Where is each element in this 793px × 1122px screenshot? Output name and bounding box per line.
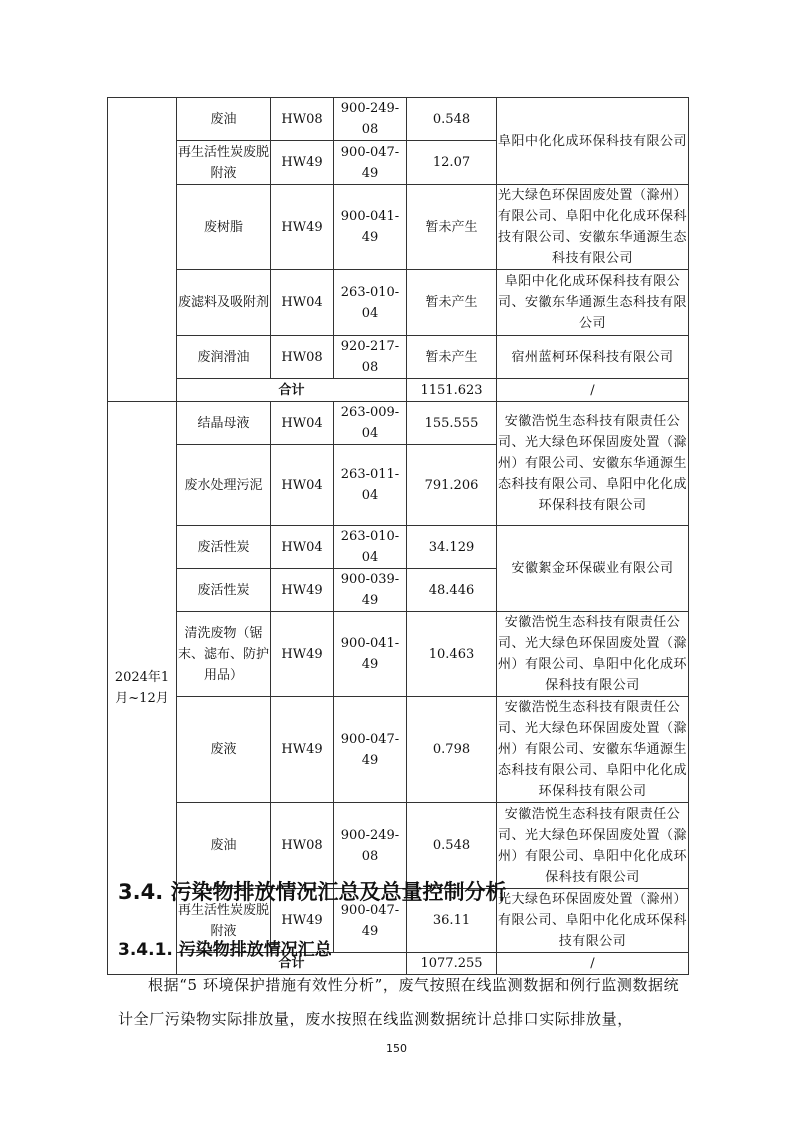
total-amount: 1151.623 bbox=[407, 379, 497, 402]
table-row: 废活性炭 HW04 263-010-04 34.129 安徽絮金环保碳业有限公司 bbox=[108, 526, 689, 569]
waste-name: 废滤料及吸附剂 bbox=[177, 270, 271, 336]
waste-amount: 0.548 bbox=[407, 98, 497, 141]
waste-code: 900-249-08 bbox=[334, 98, 407, 141]
waste-amount: 791.206 bbox=[407, 445, 497, 526]
waste-amount: 暂未产生 bbox=[407, 270, 497, 336]
waste-code: 900-039-49 bbox=[334, 569, 407, 612]
waste-category: HW49 bbox=[271, 612, 334, 697]
waste-code: 900-041-49 bbox=[334, 612, 407, 697]
waste-amount: 12.07 bbox=[407, 141, 497, 185]
waste-amount: 34.129 bbox=[407, 526, 497, 569]
waste-category: HW08 bbox=[271, 336, 334, 379]
waste-category: HW49 bbox=[271, 697, 334, 803]
waste-name: 废树脂 bbox=[177, 185, 271, 270]
waste-category: HW04 bbox=[271, 526, 334, 569]
table-row: 2024年1月~12月 结晶母液 HW04 263-009-04 155.555… bbox=[108, 402, 689, 445]
waste-code: 900-041-49 bbox=[334, 185, 407, 270]
waste-category: HW04 bbox=[271, 445, 334, 526]
waste-category: HW04 bbox=[271, 270, 334, 336]
disposal-company: 安徽浩悦生态科技有限责任公司、光大绿色环保固废处置（滁州）有限公司、安徽东华通源… bbox=[497, 402, 689, 526]
table-row: 废润滑油 HW08 920-217-08 暂未产生 宿州蓝柯环保科技有限公司 bbox=[108, 336, 689, 379]
disposal-company: 阜阳中化化成环保科技有限公司 bbox=[497, 98, 689, 185]
waste-category: HW49 bbox=[271, 141, 334, 185]
waste-name: 结晶母液 bbox=[177, 402, 271, 445]
waste-amount: 暂未产生 bbox=[407, 185, 497, 270]
waste-code: 900-047-49 bbox=[334, 141, 407, 185]
table-row: 清洗废物（锯末、滤布、防护用品） HW49 900-041-49 10.463 … bbox=[108, 612, 689, 697]
waste-code: 263-009-04 bbox=[334, 402, 407, 445]
waste-code: 263-011-04 bbox=[334, 445, 407, 526]
waste-name: 清洗废物（锯末、滤布、防护用品） bbox=[177, 612, 271, 697]
subsection-heading: 3.4.1. 污染物排放情况汇总 bbox=[118, 935, 332, 960]
page-number: 150 bbox=[0, 1042, 793, 1055]
disposal-company: 光大绿色环保固废处置（滁州）有限公司、阜阳中化化成环保科技有限公司、安徽东华通源… bbox=[497, 185, 689, 270]
total-row: 合计 1151.623 / bbox=[108, 379, 689, 402]
waste-name: 废油 bbox=[177, 98, 271, 141]
waste-amount: 暂未产生 bbox=[407, 336, 497, 379]
disposal-company: 宿州蓝柯环保科技有限公司 bbox=[497, 336, 689, 379]
waste-name: 废活性炭 bbox=[177, 569, 271, 612]
waste-category: HW49 bbox=[271, 185, 334, 270]
waste-category: HW04 bbox=[271, 402, 334, 445]
period-cell bbox=[108, 98, 177, 402]
disposal-company: 安徽絮金环保碳业有限公司 bbox=[497, 526, 689, 612]
disposal-company: 安徽浩悦生态科技有限责任公司、光大绿色环保固废处置（滁州）有限公司、阜阳中化化成… bbox=[497, 803, 689, 889]
waste-amount: 48.446 bbox=[407, 569, 497, 612]
disposal-company: 阜阳中化化成环保科技有限公司、安徽东华通源生态科技有限公司 bbox=[497, 270, 689, 336]
waste-amount: 155.555 bbox=[407, 402, 497, 445]
total-label: 合计 bbox=[177, 379, 407, 402]
hazardous-waste-table: 废油 HW08 900-249-08 0.548 阜阳中化化成环保科技有限公司 … bbox=[107, 97, 689, 975]
waste-category: HW49 bbox=[271, 569, 334, 612]
waste-code: 920-217-08 bbox=[334, 336, 407, 379]
waste-amount: 0.798 bbox=[407, 697, 497, 803]
disposal-company: 安徽浩悦生态科技有限责任公司、光大绿色环保固废处置（滁州）有限公司、安徽东华通源… bbox=[497, 697, 689, 803]
waste-name: 再生活性炭废脱附液 bbox=[177, 141, 271, 185]
waste-code: 900-047-49 bbox=[334, 697, 407, 803]
disposal-company: 安徽浩悦生态科技有限责任公司、光大绿色环保固废处置（滁州）有限公司、阜阳中化化成… bbox=[497, 612, 689, 697]
waste-name: 废水处理污泥 bbox=[177, 445, 271, 526]
table-row: 废油 HW08 900-249-08 0.548 阜阳中化化成环保科技有限公司 bbox=[108, 98, 689, 141]
waste-amount: 10.463 bbox=[407, 612, 497, 697]
section-heading: 3.4. 污染物排放情况汇总及总量控制分析 bbox=[118, 876, 507, 906]
waste-name: 废润滑油 bbox=[177, 336, 271, 379]
body-paragraph: 根据“5 环境保护措施有效性分析”，废气按照在线监测数据和例行监测数据统计全厂污… bbox=[118, 968, 684, 1036]
waste-name: 废液 bbox=[177, 697, 271, 803]
disposal-company: 光大绿色环保固废处置（滁州）有限公司、阜阳中化化成环保科技有限公司 bbox=[497, 889, 689, 953]
waste-category: HW08 bbox=[271, 98, 334, 141]
waste-code: 263-010-04 bbox=[334, 526, 407, 569]
table-row: 废滤料及吸附剂 HW04 263-010-04 暂未产生 阜阳中化化成环保科技有… bbox=[108, 270, 689, 336]
table-row: 废树脂 HW49 900-041-49 暂未产生 光大绿色环保固废处置（滁州）有… bbox=[108, 185, 689, 270]
table-row: 废液 HW49 900-047-49 0.798 安徽浩悦生态科技有限责任公司、… bbox=[108, 697, 689, 803]
waste-code: 263-010-04 bbox=[334, 270, 407, 336]
waste-name: 废活性炭 bbox=[177, 526, 271, 569]
total-company: / bbox=[497, 379, 689, 402]
